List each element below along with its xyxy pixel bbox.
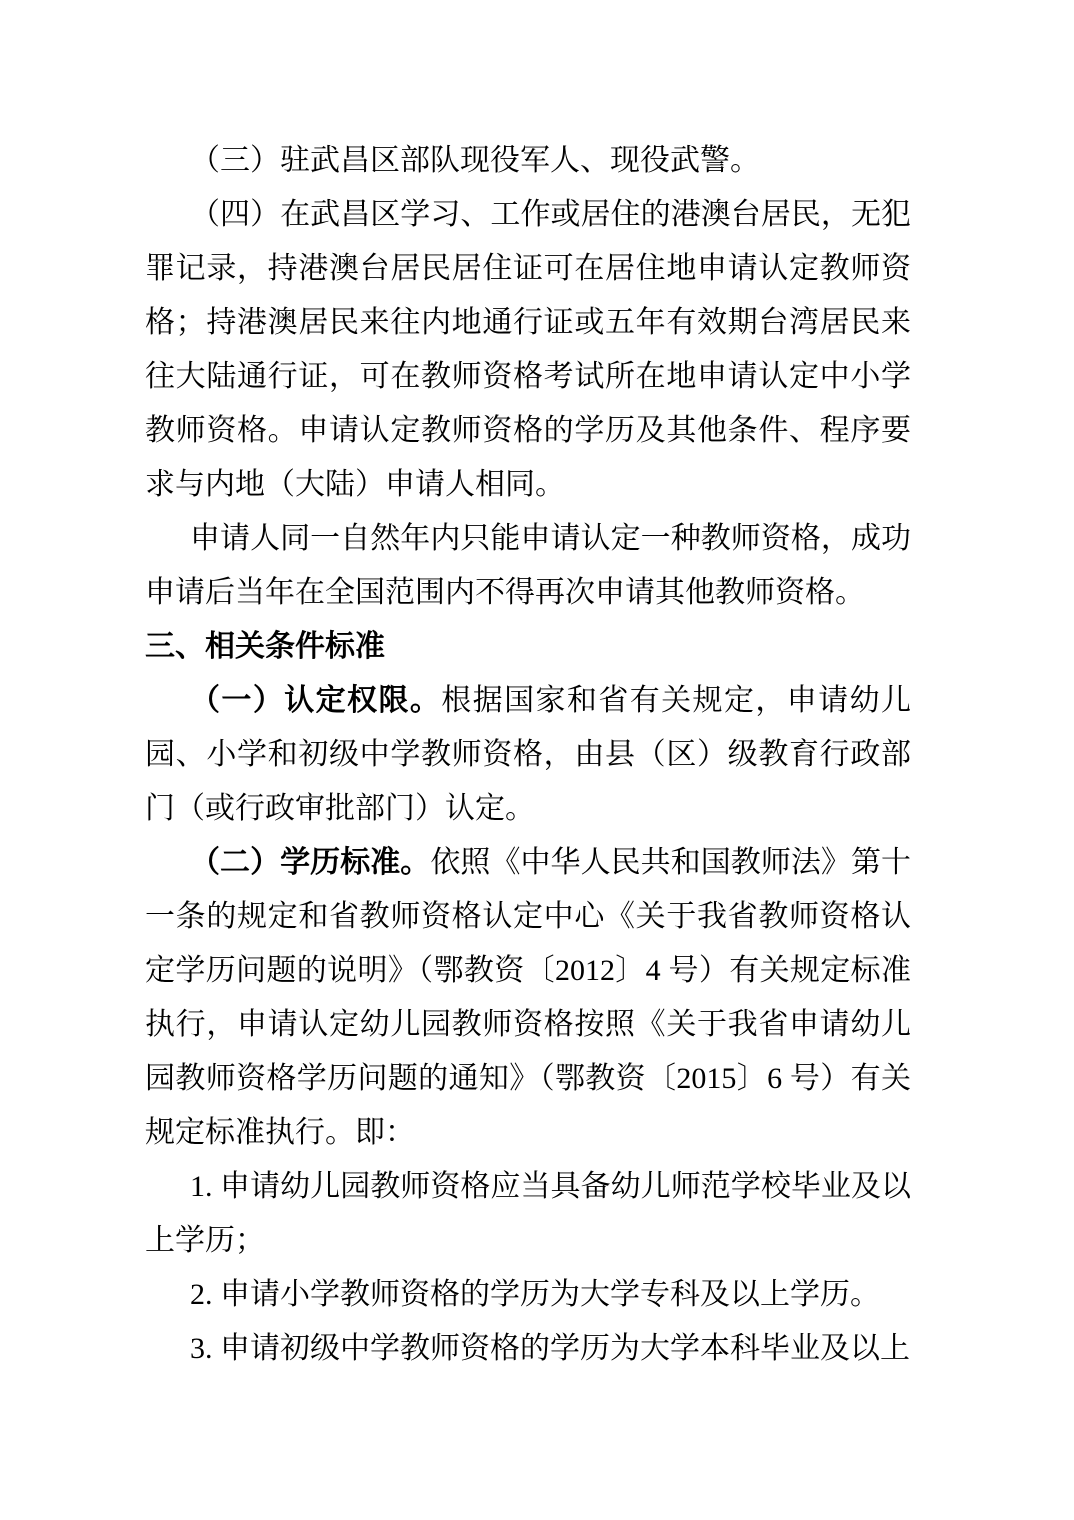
paragraph-authority-lead: （一）认定权限。 [190, 684, 441, 717]
list-item-1: 1. 申请幼儿园教师资格应当具备幼儿师范学校毕业及以上学历； [145, 1160, 911, 1268]
paragraph-application-limit: 申请人同一自然年内只能申请认定一种教师资格，成功申请后当年在全国范围内不得再次申… [145, 512, 911, 620]
section-heading: 三、相关条件标准 [145, 620, 911, 674]
paragraph-authority: （一）认定权限。根据国家和省有关规定，申请幼儿园、小学和初级中学教师资格，由县（… [145, 674, 911, 836]
paragraph-item-3: （三）驻武昌区部队现役军人、现役武警。 [145, 134, 911, 188]
document-page: （三）驻武昌区部队现役军人、现役武警。 （四）在武昌区学习、工作或居住的港澳台居… [0, 0, 1074, 1520]
paragraph-education-standard-lead: （二）学历标准。 [190, 846, 430, 879]
paragraph-item-4: （四）在武昌区学习、工作或居住的港澳台居民，无犯罪记录，持港澳台居民居住证可在居… [145, 188, 911, 512]
paragraph-education-standard: （二）学历标准。依照《中华人民共和国教师法》第十一条的规定和省教师资格认定中心《… [145, 836, 911, 1160]
list-item-2: 2. 申请小学教师资格的学历为大学专科及以上学历。 [145, 1268, 911, 1322]
paragraph-education-standard-text: 依照《中华人民共和国教师法》第十一条的规定和省教师资格认定中心《关于我省教师资格… [145, 846, 911, 1149]
list-item-3: 3. 申请初级中学教师资格的学历为大学本科毕业及以上 [145, 1322, 911, 1376]
